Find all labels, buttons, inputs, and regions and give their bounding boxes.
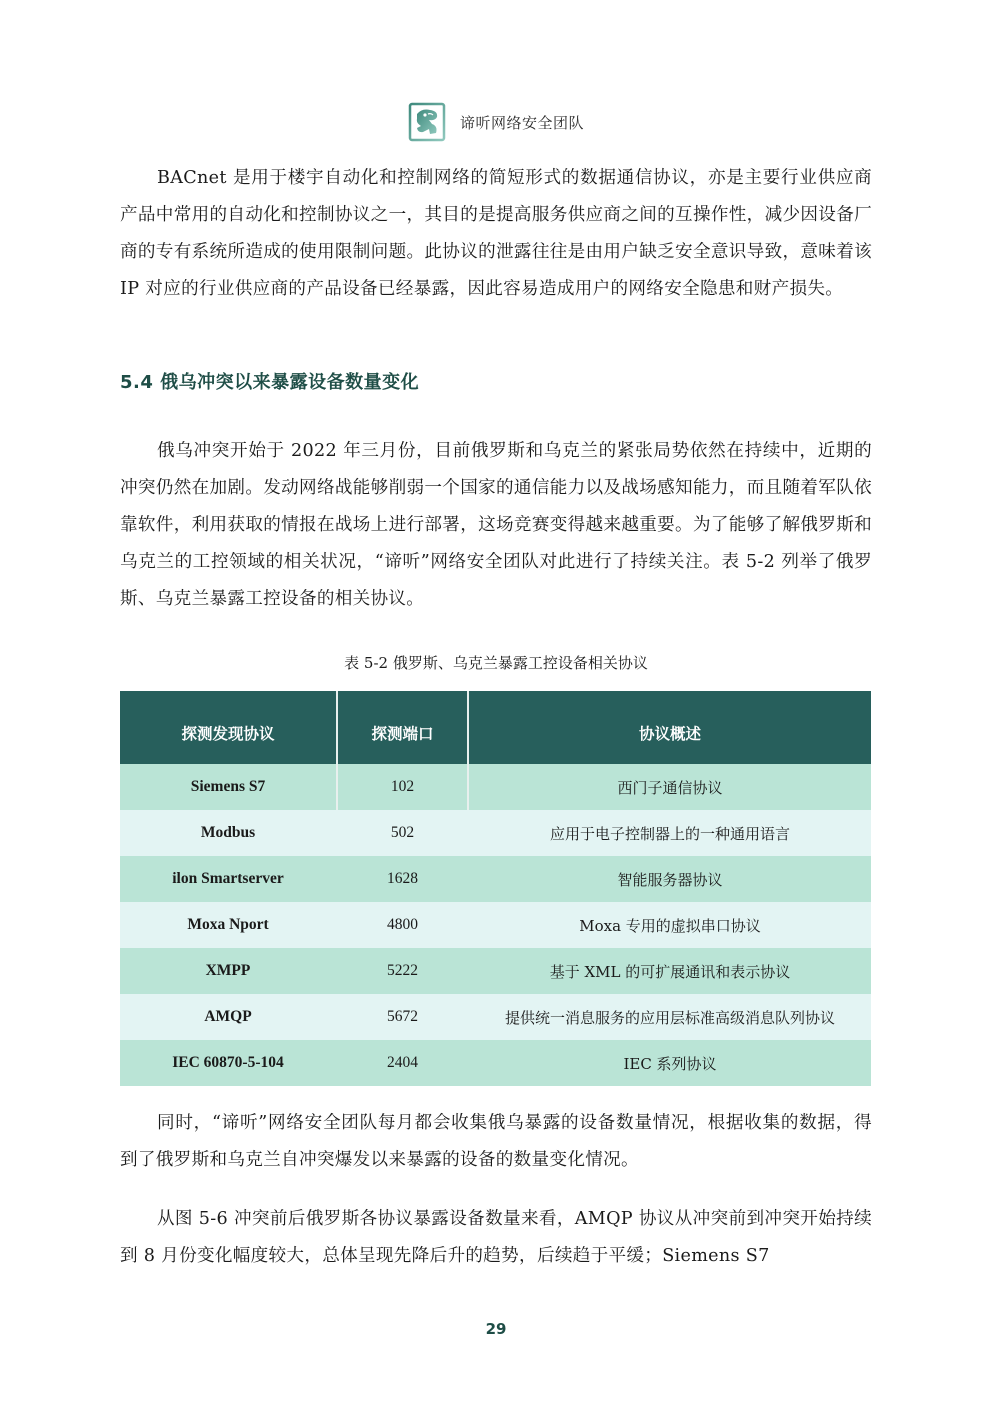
cell-port: 1628 — [337, 856, 468, 902]
cell-protocol: Moxa Nport — [120, 902, 337, 948]
cell-protocol: Siemens S7 — [120, 764, 337, 810]
table-row: Modbus 502 应用于电子控制器上的一种通用语言 — [120, 810, 871, 856]
table-row: IEC 60870-5-104 2404 IEC 系列协议 — [120, 1040, 871, 1086]
header-protocol: 探测发现协议 — [120, 691, 337, 764]
cell-description: Moxa 专用的虚拟串口协议 — [468, 902, 871, 948]
cell-description: 智能服务器协议 — [468, 856, 871, 902]
table-row: Siemens S7 102 西门子通信协议 — [120, 764, 871, 810]
cell-protocol: ilon Smartserver — [120, 856, 337, 902]
paragraph-intro: 俄乌冲突开始于 2022 年三月份，目前俄罗斯和乌克兰的紧张局势依然在持续中，近… — [120, 433, 872, 618]
team-name: 谛听网络安全团队 — [460, 112, 584, 133]
paragraph-figure-ref: 从图 5-6 冲突前后俄罗斯各协议暴露设备数量来看，AMQP 协议从冲突前到冲突… — [120, 1201, 872, 1275]
cell-port: 5672 — [337, 994, 468, 1040]
table-row: Moxa Nport 4800 Moxa 专用的虚拟串口协议 — [120, 902, 871, 948]
cell-protocol: AMQP — [120, 994, 337, 1040]
cell-port: 2404 — [337, 1040, 468, 1086]
paragraph-bacnet: BACnet 是用于楼宇自动化和控制网络的简短形式的数据通信协议，亦是主要行业供… — [120, 160, 872, 308]
cell-port: 5222 — [337, 948, 468, 994]
table-caption: 表 5-2 俄罗斯、乌克兰暴露工控设备相关协议 — [0, 652, 992, 673]
cell-protocol: IEC 60870-5-104 — [120, 1040, 337, 1086]
cell-description: 西门子通信协议 — [468, 764, 871, 810]
team-seal-logo-icon — [408, 102, 446, 142]
cell-port: 4800 — [337, 902, 468, 948]
paragraph-collect: 同时，“谛听”网络安全团队每月都会收集俄乌暴露的设备数量情况，根据收集的数据，得… — [120, 1105, 872, 1179]
table-header-row: 探测发现协议 探测端口 协议概述 — [120, 691, 871, 764]
section-heading: 5.4 俄乌冲突以来暴露设备数量变化 — [120, 368, 419, 394]
page-number: 29 — [0, 1320, 992, 1338]
cell-port: 102 — [337, 764, 468, 810]
table-row: AMQP 5672 提供统一消息服务的应用层标准高级消息队列协议 — [120, 994, 871, 1040]
table-row: ilon Smartserver 1628 智能服务器协议 — [120, 856, 871, 902]
cell-description: 提供统一消息服务的应用层标准高级消息队列协议 — [468, 994, 871, 1040]
cell-protocol: XMPP — [120, 948, 337, 994]
table-row: XMPP 5222 基于 XML 的可扩展通讯和表示协议 — [120, 948, 871, 994]
cell-description: IEC 系列协议 — [468, 1040, 871, 1086]
protocol-table: 探测发现协议 探测端口 协议概述 Siemens S7 102 西门子通信协议 … — [120, 691, 871, 1086]
header-port: 探测端口 — [337, 691, 468, 764]
cell-protocol: Modbus — [120, 810, 337, 856]
page-header: 谛听网络安全团队 — [408, 100, 584, 144]
cell-port: 502 — [337, 810, 468, 856]
cell-description: 基于 XML 的可扩展通讯和表示协议 — [468, 948, 871, 994]
header-description: 协议概述 — [468, 691, 871, 764]
cell-description: 应用于电子控制器上的一种通用语言 — [468, 810, 871, 856]
